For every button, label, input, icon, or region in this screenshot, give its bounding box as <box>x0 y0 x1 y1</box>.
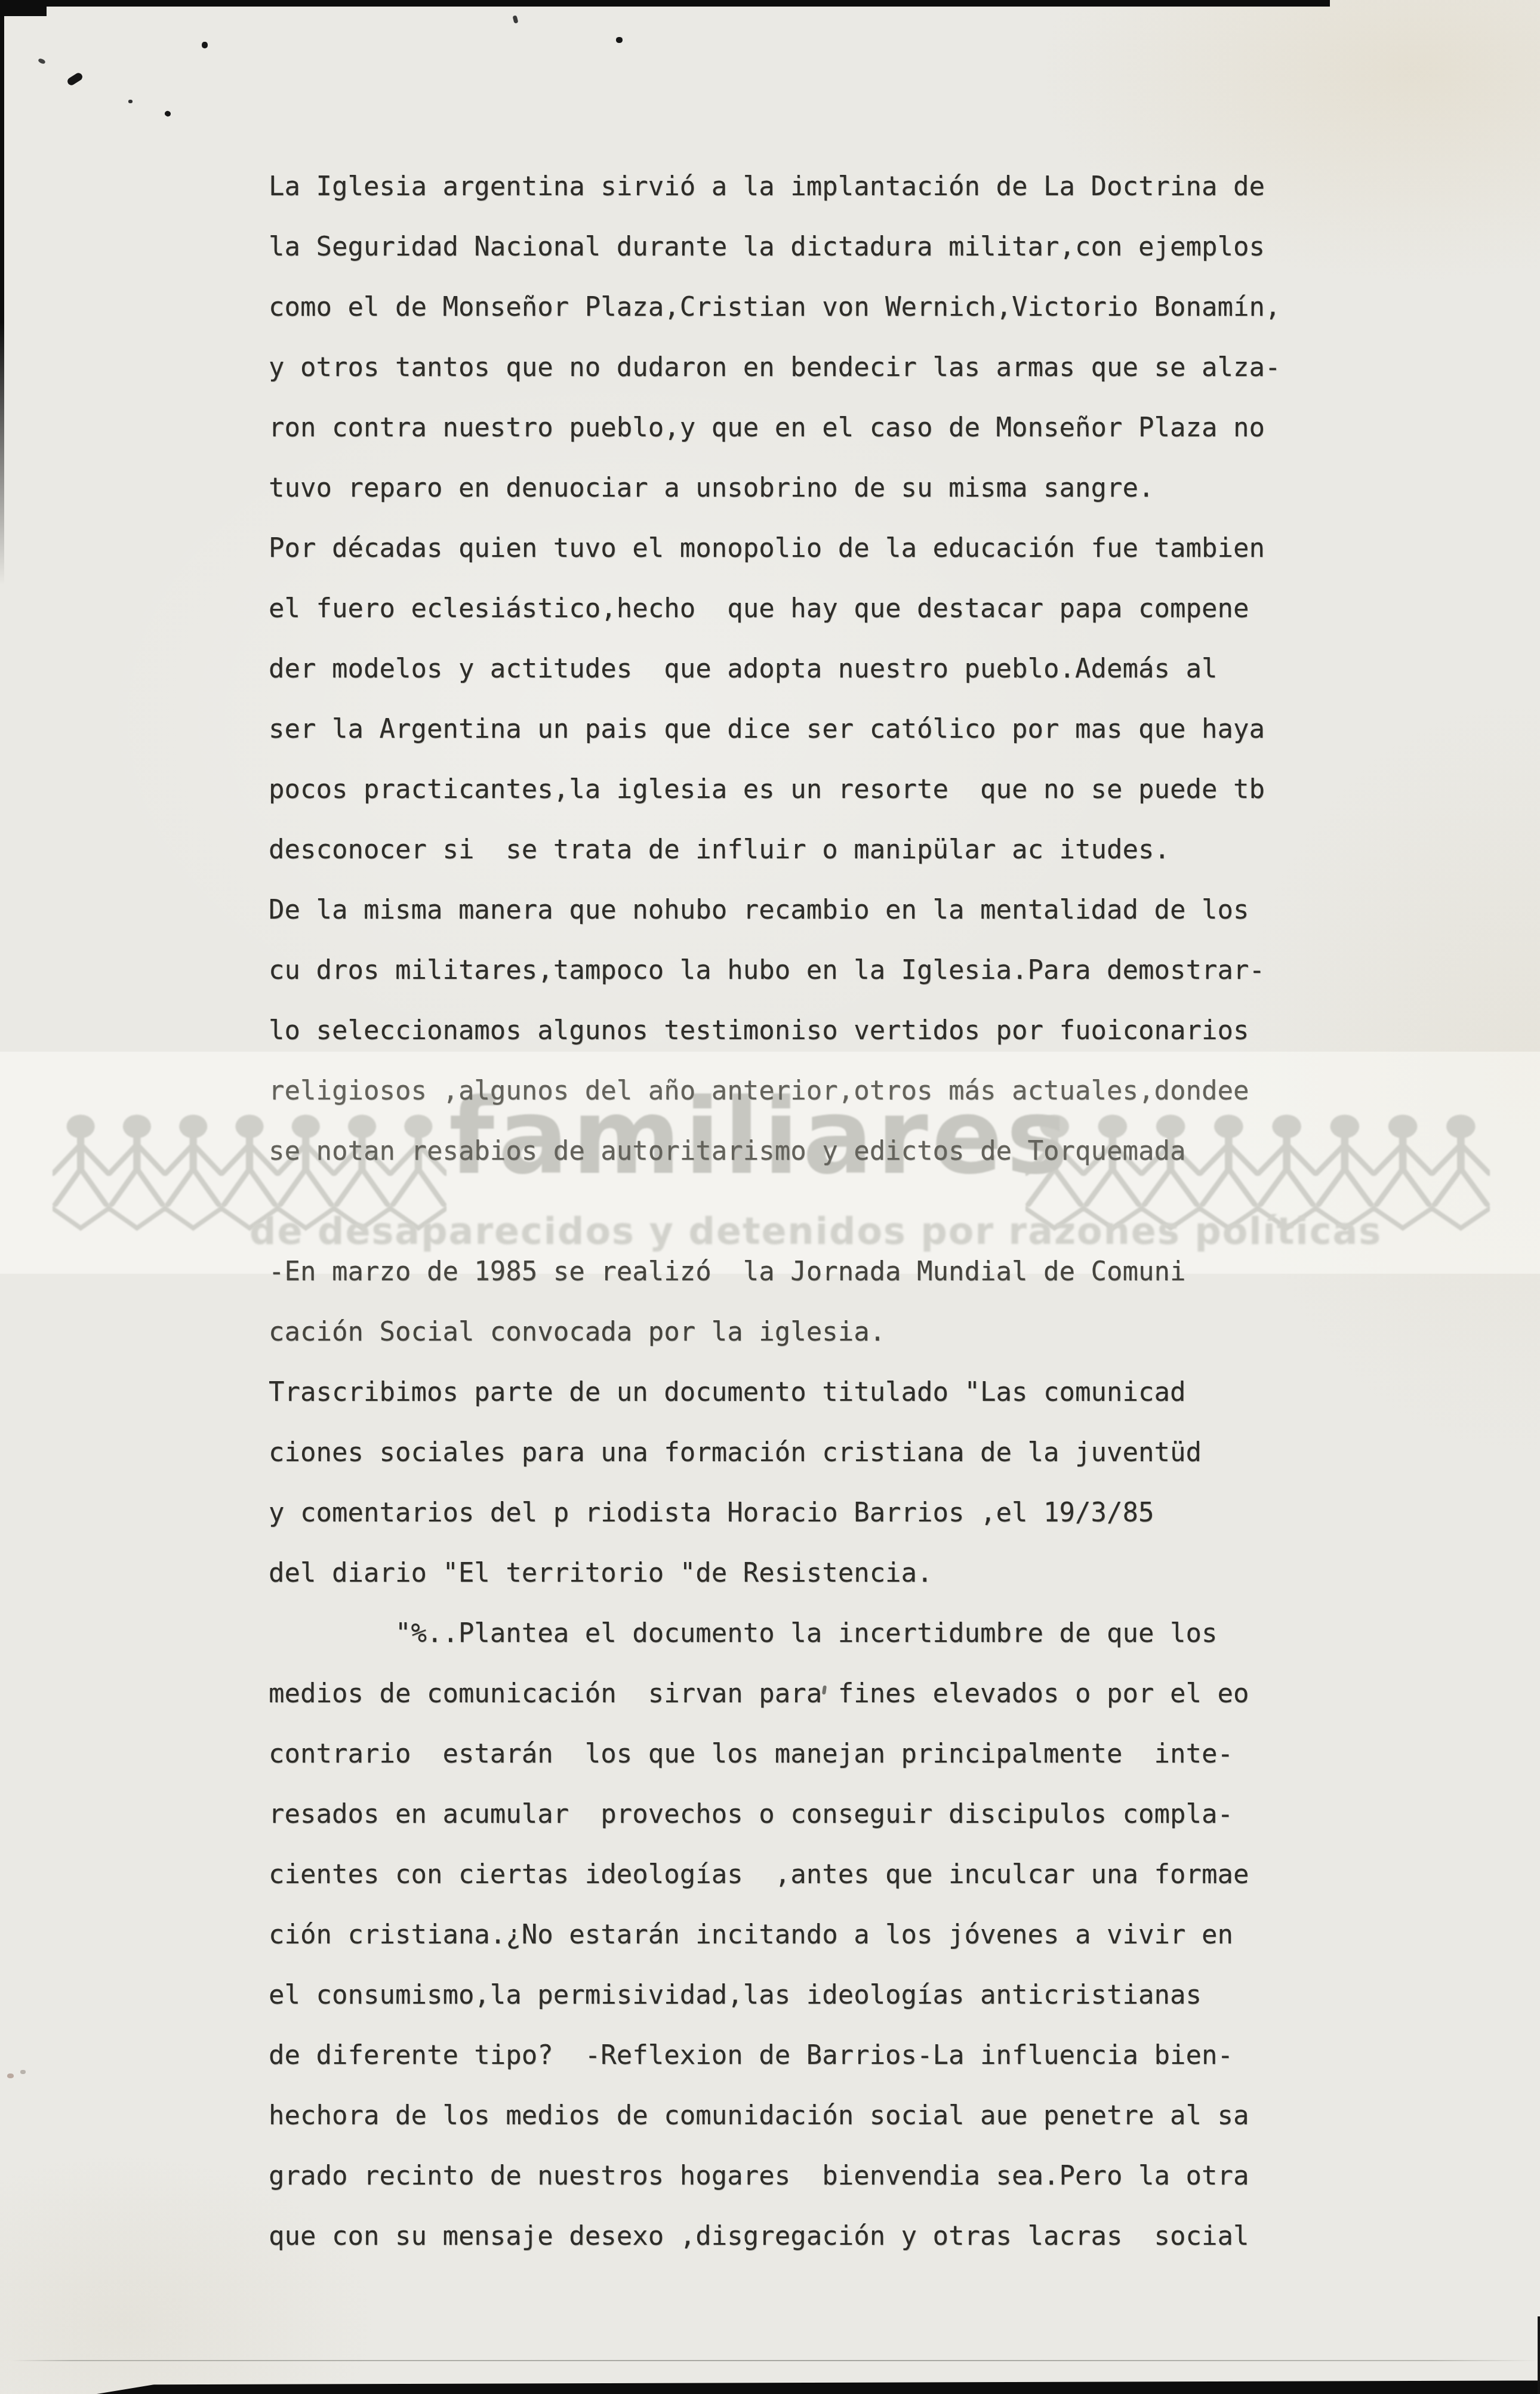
typed-line-34: grado recinto de nuestros hogares bienve… <box>269 2146 1403 2206</box>
scan-speckle <box>616 37 623 43</box>
typed-line-6: tuvo reparo en denuociar a unsobrino de … <box>269 458 1403 518</box>
typed-line-7: Por décadas quien tuvo el monopolio de l… <box>269 518 1403 578</box>
typed-line-1: La Iglesia argentina sirvió a la implant… <box>269 156 1403 217</box>
scan-speckle <box>128 100 133 103</box>
scan-speckle <box>164 110 171 118</box>
typed-line-13: De la misma manera que nohubo recambio e… <box>269 880 1403 940</box>
typed-line-23: y comentarios del p riodista Horacio Bar… <box>269 1483 1403 1543</box>
typed-line-15: lo seleccionamos algunos testimoniso ver… <box>269 1000 1403 1061</box>
typed-line-33: hechora de los medios de comunidación so… <box>269 2085 1403 2146</box>
scan-speckle <box>66 72 84 87</box>
scan-speckle <box>7 2073 14 2078</box>
typed-line-8: el fuero eclesiástico,hecho que hay que … <box>269 578 1403 639</box>
scan-speckle <box>202 42 208 48</box>
typed-line-28: resados en acumular provechos o consegui… <box>269 1784 1403 1844</box>
typed-line-22: ciones sociales para una formación crist… <box>269 1422 1403 1483</box>
typed-line-5: ron contra nuestro pueblo,y que en el ca… <box>269 398 1403 458</box>
typed-blank-line <box>269 1181 1403 1241</box>
paper-crease-line <box>11 2360 1540 2361</box>
typed-line-12: desconocer si se trata de influir o mani… <box>269 819 1403 880</box>
scan-edge-bottom <box>0 2380 1540 2394</box>
typed-line-2: la Seguridad Nacional durante la dictadu… <box>269 217 1403 277</box>
typed-line-20: cación Social convocada por la iglesia. <box>269 1302 1403 1362</box>
scan-speckle <box>513 15 519 23</box>
typed-line-16: religiosos ,algunos del año anterior,otr… <box>269 1061 1403 1121</box>
typed-line-30: ción cristiana.¿No estarán incitando a l… <box>269 1905 1403 1965</box>
scan-speckle <box>38 58 46 64</box>
scan-edge-top <box>0 0 1330 7</box>
typed-line-14: cu dros militares,tampoco la hubo en la … <box>269 940 1403 1000</box>
typed-line-9: der modelos y actitudes que adopta nuest… <box>269 639 1403 699</box>
typed-line-21: Trascribimos parte de un documento titul… <box>269 1362 1403 1422</box>
typed-line-19: -En marzo de 1985 se realizó la Jornada … <box>269 1241 1403 1302</box>
typed-line-27: contrario estarán los que los manejan pr… <box>269 1724 1403 1784</box>
typed-line-31: el consumismo,la permisividad,las ideolo… <box>269 1965 1403 2025</box>
document-page: familiares de desaparecidos y detenidos … <box>0 0 1540 2394</box>
typed-line-26: medios de comunicación sirvan para fines… <box>269 1663 1403 1724</box>
scan-edge-right <box>1538 2316 1540 2394</box>
typed-line-11: pocos practicantes,la iglesia es un reso… <box>269 759 1403 819</box>
typed-line-29: cientes con ciertas ideologías ,antes qu… <box>269 1844 1403 1905</box>
typed-line-25: "%..Plantea el documento la incertidumbr… <box>269 1603 1403 1663</box>
typed-line-3: como el de Monseñor Plaza,Cristian von W… <box>269 277 1403 337</box>
typed-line-35: que con su mensaje desexo ,disgregación … <box>269 2206 1403 2266</box>
typed-line-17: se notan resabios de autoritarismo y edi… <box>269 1121 1403 1181</box>
scan-edge-left <box>0 0 4 585</box>
typed-line-24: del diario "El territorio "de Resistenci… <box>269 1543 1403 1603</box>
typed-line-4: y otros tantos que no dudaron en bendeci… <box>269 337 1403 398</box>
scan-edge-top-corner <box>0 0 47 16</box>
scan-speckle <box>20 2070 26 2074</box>
typed-text-block: La Iglesia argentina sirvió a la implant… <box>269 156 1403 2266</box>
typed-line-10: ser la Argentina un pais que dice ser ca… <box>269 699 1403 759</box>
typed-line-32: de diferente tipo? -Reflexion de Barrios… <box>269 2025 1403 2085</box>
